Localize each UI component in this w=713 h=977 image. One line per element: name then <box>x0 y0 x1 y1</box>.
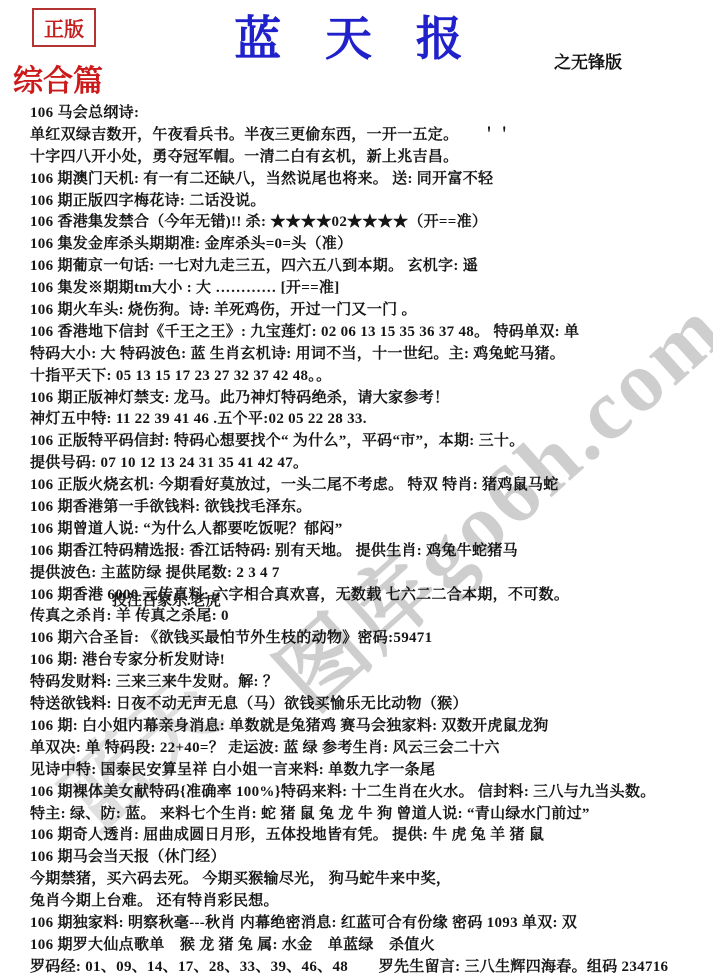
content-line: 特主: 绿、防: 蓝。 来料七个生肖: 蛇 猪 鼠 兔 龙 牛 狗 曾道人说: … <box>30 804 709 826</box>
content-line: 106 期: 港台专家分析发财诗! <box>30 650 709 672</box>
content-line: 罗码经: 01、09、14、17、28、33、39、46、48 罗先生留言: 三… <box>30 957 709 977</box>
content-line: 106 期香江特码精选报: 香江话特码: 别有天地。 提供生肖: 鸡兔牛蛇猪马 <box>30 541 709 563</box>
content-line: 106 期独家料: 明察秋毫---秋肖 内幕绝密消息: 红蓝可合有份缘 密码 1… <box>30 913 709 935</box>
content-line: 兔肖今期上台难。 还有特肖彩民想。 <box>30 891 709 913</box>
content-line: 106 期: 白小姐内幕亲身消息: 单数就是兔猪鸡 赛马会独家料: 双数开虎鼠龙… <box>30 716 709 738</box>
content-line: 单双决: 单 特码段: 22+40=？ 走运波: 蓝 绿 参考生肖: 风云三会二… <box>30 738 709 760</box>
content-line: 提供波色: 主蓝防绿 提供尾数: 2 3 4 7 <box>30 563 709 585</box>
content-line: 106 期曾道人说: “为什么人都要吃饭呢？郁闷” <box>30 519 709 541</box>
content-line: 提供号码: 07 10 12 13 24 31 35 41 42 47。 <box>30 453 709 475</box>
content-line: 特码发财料: 三来三来牛发财。解: ？ <box>30 672 709 694</box>
newspaper-page: 图库go6h.com 蓝天 正版 蓝 天 报 之无锋版 综合篇 106 马会总纲… <box>0 0 713 977</box>
content-line: 106 正版火烧玄机: 今期看好莫放过，一头二尾不考虑。 特双 特肖: 猪鸡鼠马… <box>30 475 709 497</box>
content-line: 单红双绿吉数开，午夜看兵书。半夜三更偷东西，一开一五定。 ＇＇ <box>30 125 709 147</box>
content-line: 106 期六合圣旨: 《欲钱买最怕节外生枝的动物》密码:59471 <box>30 628 709 650</box>
content-lines: 106 马会总纲诗: 单红双绿吉数开，午夜看兵书。半夜三更偷东西，一开一五定。 … <box>30 103 709 977</box>
content-line: 十字四八开小处，勇夺冠军帽。一清二白有玄机，新上兆吉昌。 <box>30 147 709 169</box>
content-line: 106 期香港第一手欲钱料: 欲钱找毛泽东。 <box>30 497 709 519</box>
content-line: 十指平天下: 05 13 15 17 23 27 32 37 42 48。。 <box>30 366 709 388</box>
content-line: 106 期火车头: 烧伤狗。诗: 羊死鸡伤，开过一门又一门 。 <box>30 300 709 322</box>
content-line: 106 香港集发禁合（今年无错)!! 杀: ★★★★02★★★★（开==准） <box>30 212 709 234</box>
content-line: 106 集发金库杀头期期准: 金库杀头=0=头（准） <box>30 234 709 256</box>
content-line: 106 期裸体美女献特码{准确率 100%}特码来料: 十二生肖在火水。 信封料… <box>30 782 709 804</box>
edition-label: 之无锋版 <box>554 48 622 73</box>
content-line: 106 香港地下信封《千王之王》: 九宝莲灯: 02 06 13 15 35 3… <box>30 322 709 344</box>
section-title: 综合篇 <box>13 56 103 100</box>
content-line: 106 马会总纲诗: <box>30 103 709 125</box>
content-line: 106 期奇人透肖: 屈曲成圆日月形，五体投地皆有凭。 提供: 牛 虎 兔 羊 … <box>30 825 709 847</box>
content-line: 106 期正版四字梅花诗: 二话没说。 <box>30 191 709 213</box>
content-line: 106 集发※期期tm大小 : 大 ………… [开==准] <box>30 278 709 300</box>
content-line: 106 期葡京一句话: 一七对九走三五，四六五八到本期。 玄机字: 遥 <box>30 256 709 278</box>
content-line: 106 正版特平码信封: 特码心想要找个“ 为什么”，平码“市”，本期: 三十。 <box>30 431 709 453</box>
content-line: 今期禁猪，买六码去死。 今期买猴输尽光， 狗马蛇牛来中奖， <box>30 869 709 891</box>
content-line: 106 期罗大仙点歌单 猴 龙 猪 兔 属: 水金 单蓝绿 杀值火 <box>30 935 709 957</box>
content-line: 106 期澳门天机: 有一有二还缺八，当然说尾也将来。 送: 同开富不轻 <box>30 169 709 191</box>
content-line: 106 期正版神灯禁支: 龙马。此乃神灯特码绝杀，请大家参考！ <box>30 388 709 410</box>
content-line: 特码大小: 大 特码波色: 蓝 生肖玄机诗: 用词不当，十一世纪。主: 鸡兔蛇马… <box>30 344 709 366</box>
content-line: 见诗中特: 国泰民安算呈祥 白小姐一言来料: 单数九字一条尾 <box>30 760 709 782</box>
content-line: 106 期马会当天报（休门经） <box>30 847 709 869</box>
content-line: 神灯五中特: 11 22 39 41 46 .五个平:02 05 22 28 3… <box>30 409 709 431</box>
overlay-note: 投注百家乐.老虎 <box>112 589 221 610</box>
content-line: 特送欲钱料: 日夜不动无声无息（马）欲钱买愉乐无比动物（猴） <box>30 694 709 716</box>
